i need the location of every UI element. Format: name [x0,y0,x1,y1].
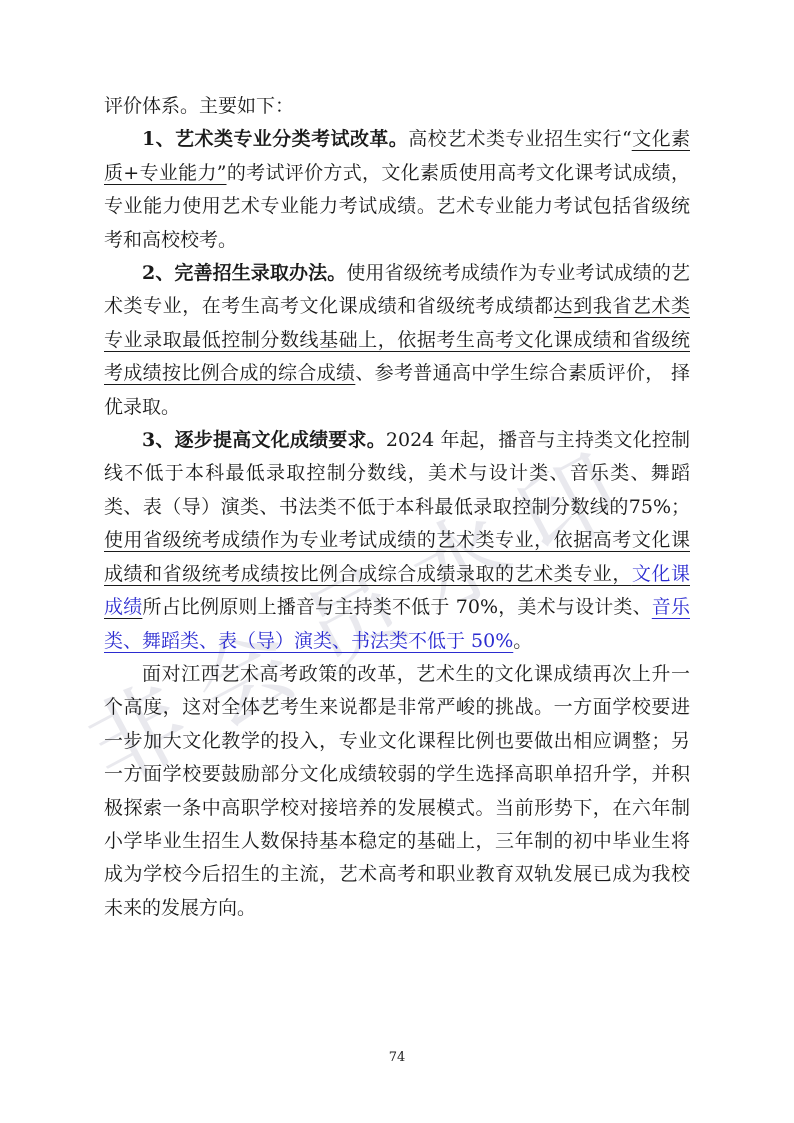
document-page: 非会员水印 评价体系。主要如下：1、艺术类专业分类考试改革。高校艺术类专业招生实… [0,0,794,1123]
paragraph-item-1-exam-reform: 1、艺术类专业分类考试改革。高校艺术类专业招生实行“文化素质+专业能力”的考试评… [104,123,690,257]
intro-text: 评价体系。主要如下： [104,95,294,117]
paragraph-intro: 评价体系。主要如下： [104,90,690,123]
item-3-text: 。 [513,630,532,652]
paragraph-closing-discussion: 面对江西艺术高考政策的改革，艺术生的文化课成绩再次上升一个高度，这对全体艺考生来… [104,658,690,925]
paragraph-item-2-admission-method: 2、完善招生录取办法。使用省级统考成绩作为专业考试成绩的艺术类专业，在考生高考文… [104,257,690,424]
page-number: 74 [0,1050,794,1065]
item-3-heading: 3、逐步提高文化成绩要求。 [142,429,386,451]
item-1-heading: 1、艺术类专业分类考试改革。 [142,128,408,150]
document-body: 评价体系。主要如下：1、艺术类专业分类考试改革。高校艺术类专业招生实行“文化素质… [104,90,690,925]
closing-text: 面对江西艺术高考政策的改革，艺术生的文化课成绩再次上升一个高度，这对全体艺考生来… [104,663,690,919]
item-3-text: 所占比例原则上播音与主持类不低于 70%，美术与设计类、 [142,596,651,618]
item-3-underlined-phrase: 使用省级统考成绩作为专业考试成绩的艺术类专业，依据高考文化课成绩和省级统考成绩按… [104,529,690,584]
paragraph-item-3-culture-score-requirement: 3、逐步提高文化成绩要求。2024 年起，播音与主持类文化控制线不低于本科最低录… [104,424,690,658]
item-2-heading: 2、完善招生录取办法。 [142,262,346,284]
item-1-text: 高校艺术类专业招生实行“ [408,128,631,150]
